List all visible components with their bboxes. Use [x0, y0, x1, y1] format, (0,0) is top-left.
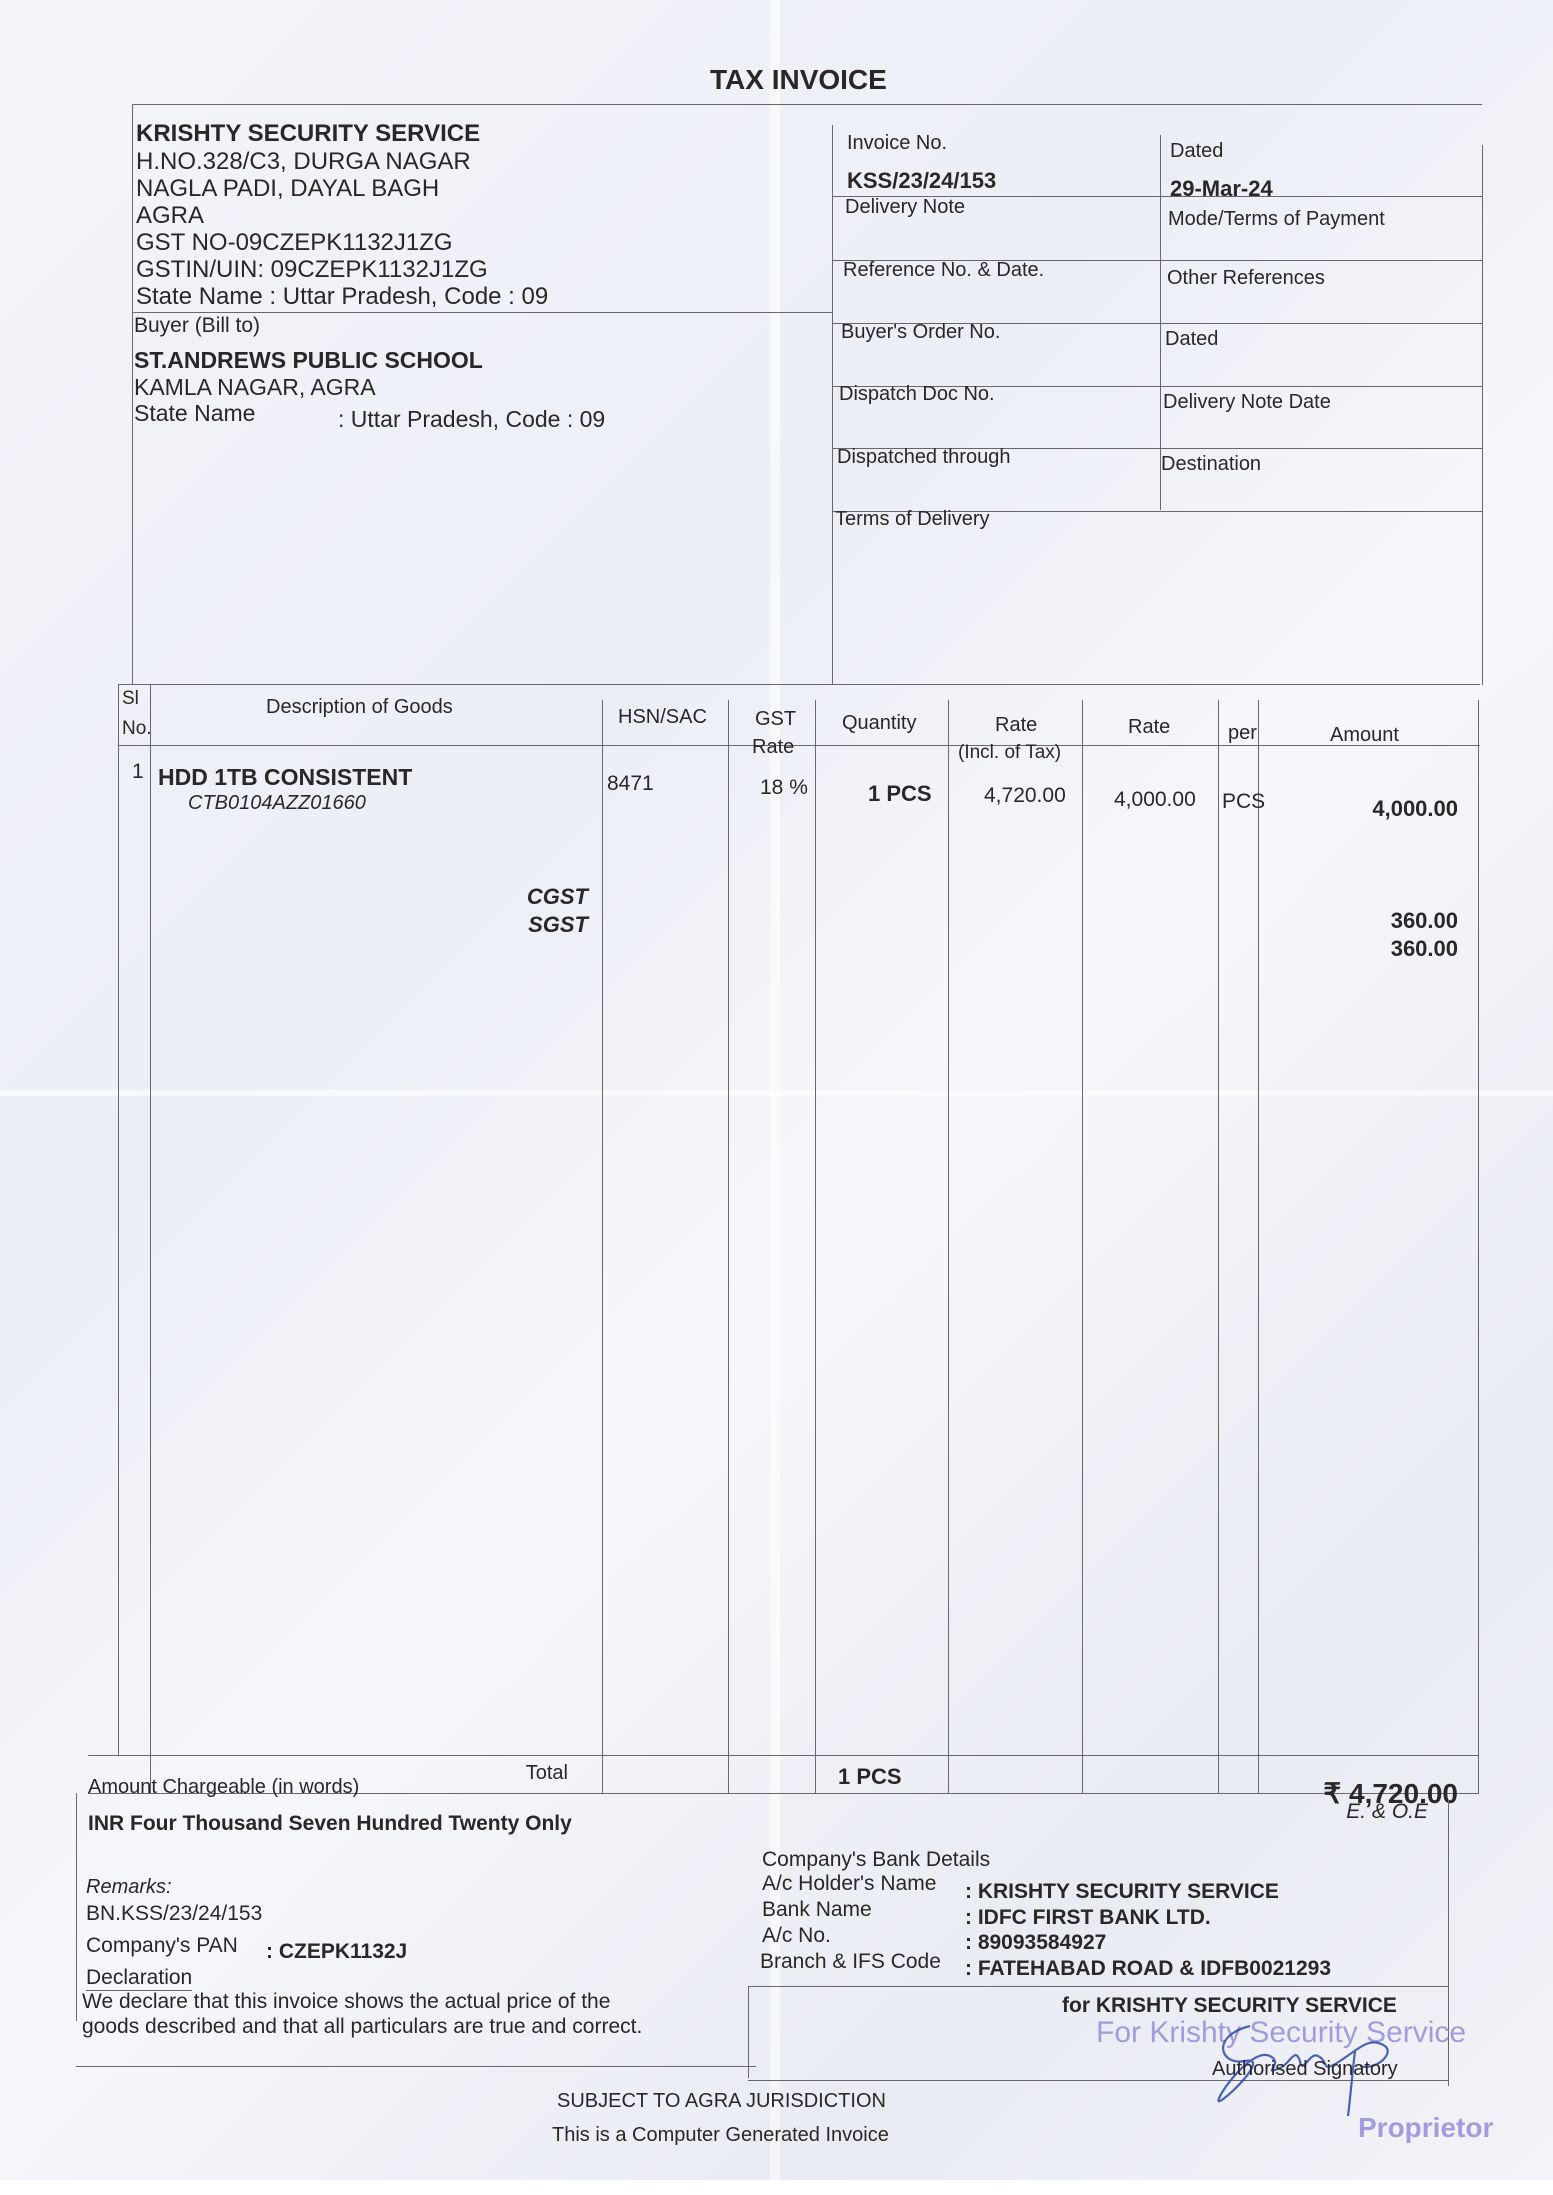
- delivery-note-label: Delivery Note: [845, 196, 965, 219]
- bank-row-value: : FATEHABAD ROAD & IDFB0021293: [965, 1957, 1331, 1981]
- total-quantity: 1 PCS: [838, 1764, 902, 1789]
- header-per: per: [1228, 722, 1257, 745]
- destination-label: Destination: [1161, 453, 1261, 476]
- dated-value: 29-Mar-24: [1170, 176, 1273, 201]
- order-dated-label: Dated: [1165, 328, 1218, 351]
- bank-row-value: : IDFC FIRST BANK LTD.: [965, 1906, 1211, 1930]
- header-rate: Rate: [1128, 716, 1170, 739]
- header-gst: GST: [755, 708, 796, 731]
- reference-label: Reference No. & Date.: [843, 259, 1044, 282]
- header-left-rule: [132, 104, 133, 684]
- col-rule: [602, 700, 603, 1794]
- col-rule: [815, 700, 816, 1794]
- payment-terms-label: Mode/Terms of Payment: [1168, 208, 1385, 231]
- col-rule: [728, 700, 729, 1794]
- eoe-note: E. & O.E: [1300, 1800, 1428, 1824]
- remarks-label: Remarks:: [86, 1876, 172, 1899]
- row-quantity: 1 PCS: [868, 781, 932, 806]
- header-no: No.: [122, 718, 152, 740]
- row-amount: 4,000.00: [1300, 796, 1458, 821]
- col-rule: [1218, 700, 1219, 1794]
- row-serial: CTB0104AZZ01660: [188, 792, 366, 815]
- seller-name: KRISHTY SECURITY SERVICE: [136, 120, 480, 148]
- header-gst-rate: Rate: [752, 736, 794, 759]
- delivery-note-date-label: Delivery Note Date: [1163, 391, 1331, 414]
- header-amount: Amount: [1330, 724, 1399, 747]
- jurisdiction-note: SUBJECT TO AGRA JURISDICTION: [557, 2090, 886, 2113]
- tax-amount-sgst: 360.00: [1300, 936, 1458, 961]
- seller-address-line: NAGLA PADI, DAYAL BAGH: [136, 175, 439, 203]
- header-rate-incl: Rate: [995, 714, 1037, 737]
- bank-row-label: Branch & IFS Code: [760, 1950, 941, 1974]
- header-rate-incl-sub: (Incl. of Tax): [958, 742, 1061, 764]
- buyer-address: KAMLA NAGAR, AGRA: [134, 374, 376, 400]
- invoice-no-value: KSS/23/24/153: [847, 168, 996, 193]
- bank-row-label: Bank Name: [762, 1898, 872, 1922]
- row-rate: 4,000.00: [1114, 788, 1196, 812]
- buyer-state-label: State Name: [134, 400, 255, 426]
- row-gst-rate: 18 %: [760, 776, 808, 800]
- buyers-order-label: Buyer's Order No.: [841, 321, 1000, 344]
- total-label: Total: [400, 1762, 568, 1785]
- row-per: PCS: [1222, 790, 1265, 814]
- declaration-line: We declare that this invoice shows the a…: [82, 1990, 610, 2014]
- seller-gst-no: GST NO-09CZEPK1132J1ZG: [136, 229, 453, 257]
- seller-gstin: GSTIN/UIN: 09CZEPK1132J1ZG: [136, 256, 488, 284]
- declaration-bottom-rule: [76, 2066, 756, 2067]
- computer-generated-note: This is a Computer Generated Invoice: [552, 2124, 889, 2147]
- seller-address-line: H.NO.328/C3, DURGA NAGAR: [136, 148, 471, 176]
- row-hsn: 8471: [607, 772, 654, 796]
- dated-label: Dated: [1170, 140, 1223, 163]
- col-rule: [1082, 700, 1083, 1794]
- header-right-rule: [1482, 145, 1483, 685]
- signature-box-top: [748, 1986, 1448, 1987]
- paper-fold: [0, 1090, 1553, 1096]
- row-sl: 1: [132, 760, 144, 784]
- pan-value: : CZEPK1132J: [266, 1940, 407, 1964]
- bank-row-label: A/c No.: [762, 1924, 831, 1948]
- col-rule: [1478, 700, 1479, 1794]
- tax-label-sgst: SGST: [440, 912, 588, 937]
- pan-label: Company's PAN: [86, 1934, 238, 1958]
- terms-of-delivery-label: Terms of Delivery: [835, 508, 989, 531]
- col-rule: [948, 700, 949, 1794]
- bank-row-label: A/c Holder's Name: [762, 1872, 936, 1896]
- col-rule: [150, 684, 151, 1794]
- seller-state: State Name : Uttar Pradesh, Code : 09: [136, 283, 548, 311]
- signature-box-left: [748, 1986, 749, 2078]
- col-rule: [118, 684, 119, 1755]
- tax-amount-cgst: 360.00: [1300, 908, 1458, 933]
- declaration-label: Declaration: [86, 1966, 192, 1991]
- table-header-rule: [118, 745, 1480, 746]
- buyer-label: Buyer (Bill to): [134, 314, 260, 338]
- header-mid-rule: [832, 125, 833, 685]
- other-references-label: Other References: [1167, 267, 1325, 290]
- row-rate-incl: 4,720.00: [984, 784, 1066, 808]
- dispatched-through-label: Dispatched through: [837, 446, 1010, 469]
- proprietor-stamp: Proprietor: [1358, 2112, 1493, 2144]
- bank-row-value: : 89093584927: [965, 1931, 1106, 1955]
- table-total-top-rule: [88, 1755, 1478, 1756]
- table-top-rule: [118, 684, 1480, 685]
- authorised-signatory: Authorised Signatory: [1212, 2058, 1398, 2081]
- col-rule: [1258, 700, 1259, 1794]
- remarks-value: BN.KSS/23/24/153: [86, 1902, 262, 1926]
- invoice-no-label: Invoice No.: [847, 132, 947, 155]
- seller-address-line: AGRA: [136, 202, 204, 230]
- row-description: HDD 1TB CONSISTENT: [158, 764, 412, 790]
- header-quantity: Quantity: [842, 712, 916, 735]
- header-description: Description of Goods: [266, 696, 453, 719]
- buyer-name: ST.ANDREWS PUBLIC SCHOOL: [134, 347, 483, 373]
- seller-buyer-divider: [132, 312, 832, 313]
- bank-row-value: : KRISHTY SECURITY SERVICE: [965, 1880, 1279, 1904]
- amount-words-label: Amount Chargeable (in words): [88, 1776, 359, 1799]
- header-top-rule: [132, 104, 1482, 105]
- buyer-state-value: : Uttar Pradesh, Code : 09: [338, 406, 605, 432]
- tax-label-cgst: CGST: [440, 884, 588, 909]
- declaration-line: goods described and that all particulars…: [82, 2015, 642, 2039]
- dispatch-doc-label: Dispatch Doc No.: [839, 383, 995, 406]
- document-title: TAX INVOICE: [710, 64, 887, 96]
- bank-heading: Company's Bank Details: [762, 1848, 990, 1872]
- scan-edge: [0, 2180, 1553, 2195]
- footer-left-rule: [76, 1793, 77, 2021]
- header-sl: Sl: [122, 688, 139, 710]
- header-hsn: HSN/SAC: [618, 706, 707, 729]
- amount-words-value: INR Four Thousand Seven Hundred Twenty O…: [88, 1812, 572, 1836]
